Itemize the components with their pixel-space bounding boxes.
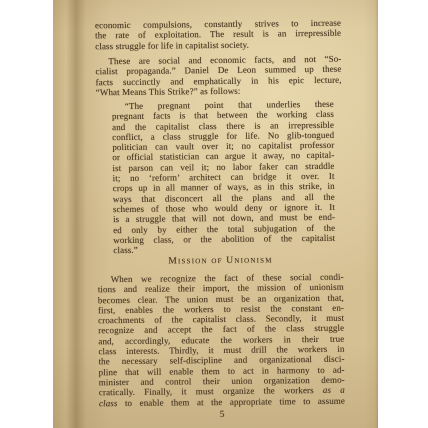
paragraph-mission: When we recognize the fact of these soci… [98,272,345,408]
paragraph-intro: These are social and economic facts, and… [95,54,341,98]
page-number: 5 [99,409,345,422]
section-heading: Mission of Unionism [97,255,343,268]
book-page-photo: economic compulsions, constantly strives… [0,0,428,428]
text-line: class.” [113,243,335,256]
text-line: “What Means This Strike?” as follows: [96,85,342,98]
text-line: class to enable them at the appropriate … [99,395,345,408]
block-quote: “The pregnant point that underlies these… [112,99,336,256]
paragraph-continuation: economic compulsions, constantly strives… [95,18,341,51]
text-line: class struggle for life in capitalist so… [95,38,341,51]
text-column: economic compulsions, constantly strives… [95,0,345,428]
book-page: economic compulsions, constantly strives… [53,0,378,428]
